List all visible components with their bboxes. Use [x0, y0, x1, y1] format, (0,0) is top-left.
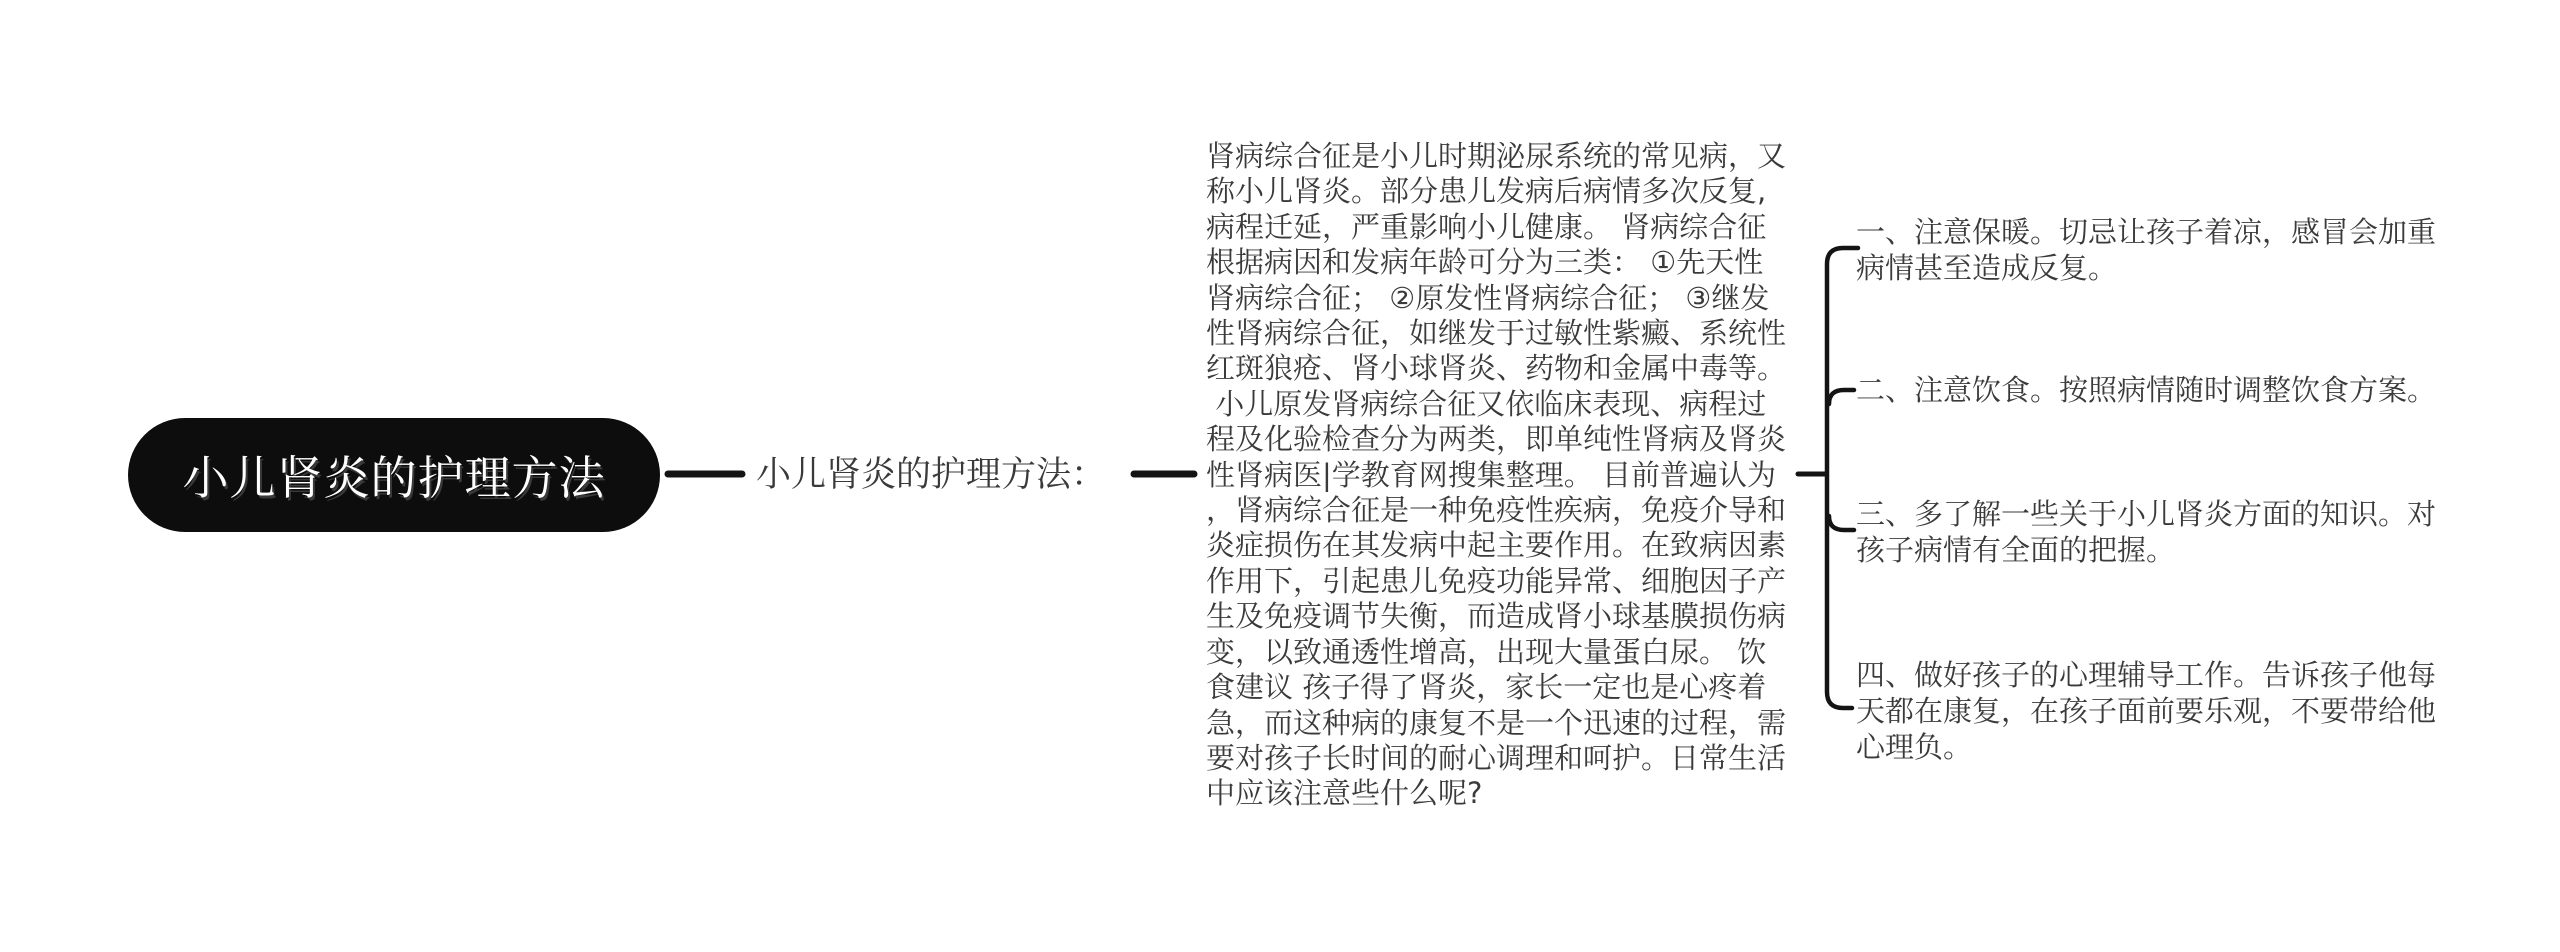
root-topic-node[interactable]: 小儿肾炎的护理方法: [128, 418, 660, 532]
branch-node-4[interactable]: 四、做好孩子的心理辅导工作。告诉孩子他每 天都在康复，在孩子面前要乐观，不要带给…: [1856, 657, 2436, 765]
branch-node-1[interactable]: 一、注意保暖。切忌让孩子着凉，感冒会加重 病情甚至造成反复。: [1856, 214, 2436, 286]
mindmap-canvas: 小儿肾炎的护理方法 小儿肾炎的护理方法： 肾病综合征是小儿时期泌尿系统的常见病，…: [0, 0, 2560, 952]
brace-spine: [1827, 248, 1858, 708]
subtitle-node[interactable]: 小儿肾炎的护理方法：: [756, 452, 1106, 498]
brace-branch-2: [1829, 390, 1854, 404]
root-topic-label: 小儿肾炎的护理方法: [183, 442, 606, 508]
branch-node-3[interactable]: 三、多了解一些关于小儿肾炎方面的知识。对 孩子病情有全面的把握。: [1856, 496, 2436, 568]
branch-node-2[interactable]: 二、注意饮食。按照病情随时调整饮食方案。: [1856, 372, 2436, 408]
summary-text-node[interactable]: 肾病综合征是小儿时期泌尿系统的常见病，又 称小儿肾炎。部分患儿发病后病情多次反复…: [1206, 139, 1820, 812]
brace-branch-3: [1829, 516, 1854, 530]
